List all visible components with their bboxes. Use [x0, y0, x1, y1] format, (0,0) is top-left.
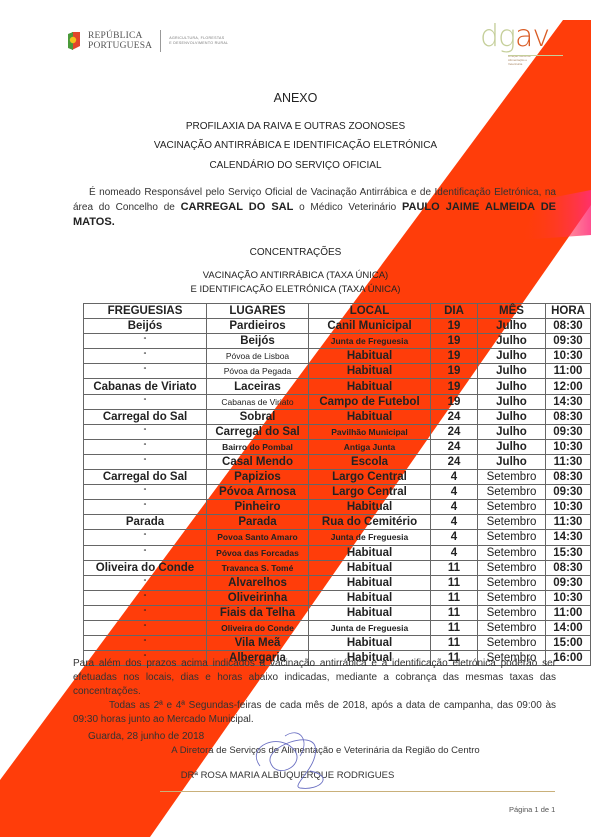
table-row: “Vila MeãHabitual11Setembro15:00	[84, 636, 591, 651]
cell-hora: 09:30	[546, 485, 591, 500]
col-hora: HORA	[546, 304, 591, 319]
cell-local: Largo Central	[309, 485, 431, 500]
cell-dia: 4	[431, 530, 478, 545]
cell-local: Largo Central	[309, 470, 431, 485]
table-row: Carregal do SalPapiziosLargo Central4Set…	[84, 470, 591, 485]
cell-freguesia: “	[84, 485, 207, 500]
cell-mes: Setembro	[478, 530, 546, 545]
cell-lugar: Pardieiros	[207, 319, 309, 334]
cell-lugar: Parada	[207, 515, 309, 530]
cell-freguesia: “	[84, 590, 207, 605]
cell-hora: 14:00	[546, 620, 591, 635]
table-row: “PinheiroHabitual4Setembro10:30	[84, 500, 591, 515]
cell-lugar: Póvoa da Pegada	[207, 364, 309, 379]
cell-dia: 19	[431, 319, 478, 334]
table-row: “Póvoa da PegadaHabitual19Julho11:00	[84, 364, 591, 379]
cell-dia: 24	[431, 409, 478, 424]
cell-mes: Setembro	[478, 500, 546, 515]
cell-hora: 11:00	[546, 364, 591, 379]
cell-mes: Setembro	[478, 485, 546, 500]
cell-hora: 08:30	[546, 319, 591, 334]
cell-hora: 10:30	[546, 590, 591, 605]
concentracoes-sub-2: E IDENTIFICAÇÃO ELETRÓNICA (TAXA ÚNICA)	[0, 284, 591, 295]
cell-freguesia: “	[84, 439, 207, 454]
table-row: “Fiais da TelhaHabitual11Setembro11:00	[84, 605, 591, 620]
cell-dia: 4	[431, 545, 478, 560]
cell-hora: 12:00	[546, 379, 591, 394]
cell-dia: 4	[431, 515, 478, 530]
cell-freguesia: “	[84, 636, 207, 651]
cell-dia: 11	[431, 605, 478, 620]
cell-mes: Julho	[478, 394, 546, 409]
cell-dia: 24	[431, 424, 478, 439]
cell-lugar: Papizios	[207, 470, 309, 485]
ministry-text: AGRICULTURA, FLORESTAS E DESENVOLVIMENTO…	[169, 36, 228, 46]
cell-mes: Setembro	[478, 470, 546, 485]
cell-mes: Julho	[478, 319, 546, 334]
col-lugares: LUGARES	[207, 304, 309, 319]
cell-lugar: Fiais da Telha	[207, 605, 309, 620]
title-line-2: VACINAÇÃO ANTIRRÁBICA E IDENTIFICAÇÃO EL…	[0, 140, 591, 151]
col-mes: MÊS	[478, 304, 546, 319]
cell-dia: 11	[431, 575, 478, 590]
intro-paragraph: É nomeado Responsável pelo Serviço Ofici…	[73, 185, 556, 230]
cell-hora: 09:30	[546, 424, 591, 439]
cell-hora: 11:30	[546, 515, 591, 530]
cell-freguesia: “	[84, 545, 207, 560]
cell-local: Habitual	[309, 500, 431, 515]
cell-mes: Setembro	[478, 545, 546, 560]
cell-freguesia: Carregal do Sal	[84, 409, 207, 424]
cell-freguesia: “	[84, 424, 207, 439]
cell-dia: 4	[431, 470, 478, 485]
cell-local: Habitual	[309, 636, 431, 651]
cell-hora: 09:30	[546, 334, 591, 349]
cell-mes: Julho	[478, 454, 546, 469]
portugal-emblem-icon	[66, 30, 82, 52]
cell-freguesia: “	[84, 364, 207, 379]
table-row: “AlvarelhosHabitual11Setembro09:30	[84, 575, 591, 590]
cell-mes: Setembro	[478, 575, 546, 590]
table-row: “Bairro do PombalAntiga Junta24Julho10:3…	[84, 439, 591, 454]
footer-paragraph-1: Para além dos prazos acima indicados a v…	[73, 657, 556, 699]
table-row: “Carregal do SalPavilhão Municipal24Julh…	[84, 424, 591, 439]
cell-freguesia: Oliveira do Conde	[84, 560, 207, 575]
cell-mes: Julho	[478, 349, 546, 364]
cell-lugar: Cabanas de Viriato	[207, 394, 309, 409]
cell-freguesia: “	[84, 605, 207, 620]
cell-dia: 24	[431, 454, 478, 469]
cell-lugar: Alvarelhos	[207, 575, 309, 590]
republica-portuguesa-text: REPÚBLICA PORTUGUESA	[88, 31, 152, 51]
cell-freguesia: Parada	[84, 515, 207, 530]
cell-lugar: Oliveira do Conde	[207, 620, 309, 635]
cell-lugar: Vila Meã	[207, 636, 309, 651]
cell-local: Pavilhão Municipal	[309, 424, 431, 439]
cell-local: Habitual	[309, 605, 431, 620]
cell-local: Campo de Futebol	[309, 394, 431, 409]
concentracoes-sub-1: VACINAÇÃO ANTIRRÁBICA (TAXA ÚNICA)	[0, 270, 591, 281]
cell-mes: Julho	[478, 439, 546, 454]
cell-freguesia: “	[84, 394, 207, 409]
cell-dia: 11	[431, 620, 478, 635]
table-row: “BeijósJunta de Freguesia19Julho09:30	[84, 334, 591, 349]
cell-hora: 15:00	[546, 636, 591, 651]
cell-dia: 4	[431, 500, 478, 515]
cell-hora: 09:30	[546, 575, 591, 590]
concentracoes-title: CONCENTRAÇÕES	[0, 247, 591, 258]
footer-paragraph-2: Todas as 2ª e 4ª Segundas-feiras de cada…	[73, 699, 556, 727]
cell-hora: 10:30	[546, 500, 591, 515]
cell-lugar: Travanca S. Tomé	[207, 560, 309, 575]
cell-lugar: Casal Mendo	[207, 454, 309, 469]
cell-lugar: Laceiras	[207, 379, 309, 394]
cell-mes: Setembro	[478, 560, 546, 575]
title-line-1: PROFILAXIA DA RAIVA E OUTRAS ZOONOSES	[0, 121, 591, 132]
footer-rule	[160, 791, 555, 792]
cell-dia: 19	[431, 364, 478, 379]
cell-freguesia: “	[84, 349, 207, 364]
cell-dia: 11	[431, 560, 478, 575]
col-dia: DIA	[431, 304, 478, 319]
table-row: Carregal do SalSobralHabitual24Julho08:3…	[84, 409, 591, 424]
cell-hora: 08:30	[546, 409, 591, 424]
cell-local: Habitual	[309, 575, 431, 590]
cell-lugar: Pinheiro	[207, 500, 309, 515]
cell-local: Canil Municipal	[309, 319, 431, 334]
divider	[160, 30, 161, 52]
cell-hora: 11:00	[546, 605, 591, 620]
cell-freguesia: Carregal do Sal	[84, 470, 207, 485]
cell-lugar: Carregal do Sal	[207, 424, 309, 439]
cell-mes: Setembro	[478, 515, 546, 530]
cell-lugar: Bairro do Pombal	[207, 439, 309, 454]
cell-hora: 14:30	[546, 530, 591, 545]
cell-hora: 11:30	[546, 454, 591, 469]
cell-local: Habitual	[309, 560, 431, 575]
cell-hora: 10:30	[546, 439, 591, 454]
table-header-row: FREGUESIAS LUGARES LOCAL DIA MÊS HORA	[84, 304, 591, 319]
table-row: Cabanas de ViriatoLaceirasHabitual19Julh…	[84, 379, 591, 394]
cell-local: Escola	[309, 454, 431, 469]
cell-local: Junta de Freguesia	[309, 334, 431, 349]
title-line-3: CALENDÁRIO DO SERVIÇO OFICIAL	[0, 160, 591, 171]
cell-dia: 11	[431, 636, 478, 651]
table-row: “Casal MendoEscola24Julho11:30	[84, 454, 591, 469]
cell-mes: Setembro	[478, 636, 546, 651]
cell-hora: 14:30	[546, 394, 591, 409]
cell-lugar: Póvoa das Forcadas	[207, 545, 309, 560]
cell-mes: Julho	[478, 409, 546, 424]
page-number: Página 1 de 1	[509, 805, 555, 814]
cell-local: Junta de Freguesia	[309, 620, 431, 635]
schedule-table: FREGUESIAS LUGARES LOCAL DIA MÊS HORA Be…	[83, 303, 591, 666]
cell-local: Rua do Cemitério	[309, 515, 431, 530]
concelho-name: CARREGAL DO SAL	[181, 201, 294, 213]
table-row: “Póvoa de LisboaHabitual19Julho10:30	[84, 349, 591, 364]
cell-freguesia: “	[84, 575, 207, 590]
cell-local: Habitual	[309, 379, 431, 394]
cell-mes: Setembro	[478, 605, 546, 620]
anexo-title: ANEXO	[0, 91, 591, 105]
cell-dia: 19	[431, 394, 478, 409]
cell-hora: 08:30	[546, 470, 591, 485]
cell-lugar: Sobral	[207, 409, 309, 424]
cell-lugar: Oliveirinha	[207, 590, 309, 605]
cell-hora: 10:30	[546, 349, 591, 364]
cell-local: Habitual	[309, 409, 431, 424]
cell-freguesia: Cabanas de Viriato	[84, 379, 207, 394]
cell-dia: 19	[431, 379, 478, 394]
table-row: “Povoa Santo AmaroJunta de Freguesia4Set…	[84, 530, 591, 545]
col-local: LOCAL	[309, 304, 431, 319]
table-row: “Oliveira do CondeJunta de Freguesia11Se…	[84, 620, 591, 635]
cell-freguesia: “	[84, 500, 207, 515]
cell-freguesia: “	[84, 334, 207, 349]
cell-local: Junta de Freguesia	[309, 530, 431, 545]
cell-mes: Julho	[478, 379, 546, 394]
cell-mes: Julho	[478, 424, 546, 439]
cell-lugar: Povoa Santo Amaro	[207, 530, 309, 545]
cell-hora: 08:30	[546, 560, 591, 575]
cell-local: Habitual	[309, 590, 431, 605]
cell-lugar: Póvoa de Lisboa	[207, 349, 309, 364]
cell-freguesia: “	[84, 454, 207, 469]
table-row: “Póvoa ArnosaLargo Central4Setembro09:30	[84, 485, 591, 500]
cell-local: Habitual	[309, 349, 431, 364]
cell-dia: 4	[431, 485, 478, 500]
table-row: “Póvoa das ForcadasHabitual4Setembro15:3…	[84, 545, 591, 560]
cell-mes: Julho	[478, 334, 546, 349]
cell-freguesia: Beijós	[84, 319, 207, 334]
cell-local: Antiga Junta	[309, 439, 431, 454]
cell-mes: Julho	[478, 364, 546, 379]
cell-local: Habitual	[309, 545, 431, 560]
cell-dia: 19	[431, 334, 478, 349]
republica-portuguesa-logo: REPÚBLICA PORTUGUESA AGRICULTURA, FLORES…	[66, 30, 228, 52]
cell-dia: 24	[431, 439, 478, 454]
dgav-logo: dgav Direção Geral de Alimentação e Vete…	[480, 22, 549, 52]
cell-mes: Setembro	[478, 620, 546, 635]
table-row: ParadaParadaRua do Cemitério4Setembro11:…	[84, 515, 591, 530]
cell-lugar: Póvoa Arnosa	[207, 485, 309, 500]
cell-lugar: Beijós	[207, 334, 309, 349]
table-row: “Cabanas de ViriatoCampo de Futebol19Jul…	[84, 394, 591, 409]
table-row: Oliveira do CondeTravanca S. ToméHabitua…	[84, 560, 591, 575]
cell-freguesia: “	[84, 530, 207, 545]
cell-freguesia: “	[84, 620, 207, 635]
table-row: BeijósPardieirosCanil Municipal19Julho08…	[84, 319, 591, 334]
cell-local: Habitual	[309, 364, 431, 379]
cell-mes: Setembro	[478, 590, 546, 605]
header-rule	[508, 55, 563, 56]
cell-dia: 19	[431, 349, 478, 364]
signature-scribble-icon	[240, 726, 340, 791]
table-row: “OliveirinhaHabitual11Setembro10:30	[84, 590, 591, 605]
cell-dia: 11	[431, 590, 478, 605]
col-freguesias: FREGUESIAS	[84, 304, 207, 319]
cell-hora: 15:30	[546, 545, 591, 560]
